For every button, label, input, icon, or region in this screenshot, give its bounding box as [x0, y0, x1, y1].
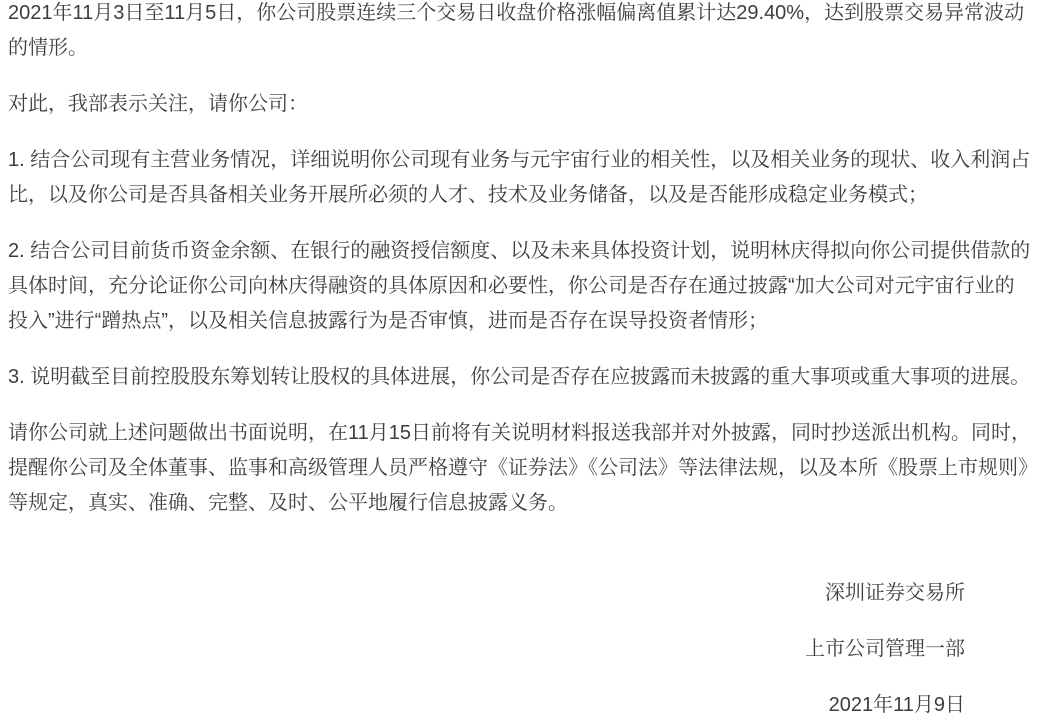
para-reply-requirements: 请你公司就上述问题做出书面说明，在11月15日前将有关说明材料报送我部并对外披露…: [8, 416, 1031, 521]
signature-department: 上市公司管理一部: [8, 632, 965, 667]
signature-date: 2021年11月9日: [8, 688, 965, 723]
signature-organization: 深圳证券交易所: [8, 576, 965, 611]
para-attention-request: 对此，我部表示关注，请你公司：: [8, 87, 1031, 122]
para-abnormal-fluctuation-description: 2021年11月3日至11月5日，你公司股票连续三个交易日收盘价格涨幅偏离值累计…: [8, 0, 1031, 66]
regulatory-letter-document: 2021年11月3日至11月5日，你公司股票连续三个交易日收盘价格涨幅偏离值累计…: [0, 0, 1041, 719]
para-question-3: 3. 说明截至目前控股股东筹划转让股权的具体进展，你公司是否存在应披露而未披露的…: [8, 360, 1031, 395]
para-question-2: 2. 结合公司目前货币资金余额、在银行的融资授信额度、以及未来具体投资计划，说明…: [8, 234, 1031, 339]
para-question-1: 1. 结合公司现有主营业务情况，详细说明你公司现有业务与元宇宙行业的相关性，以及…: [8, 143, 1031, 213]
signature-block: 深圳证券交易所 上市公司管理一部 2021年11月9日: [8, 576, 1031, 723]
